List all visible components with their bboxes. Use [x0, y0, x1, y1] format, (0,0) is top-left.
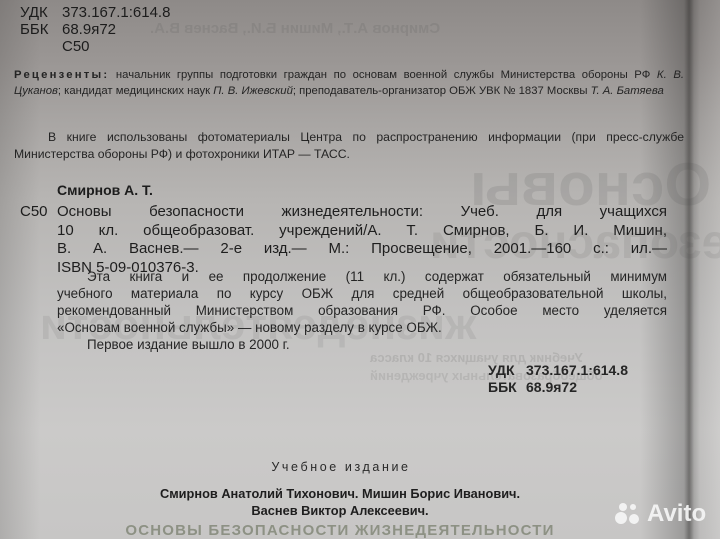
- authors-full-names: Смирнов Анатолий Тихонович. Мишин Борис …: [0, 485, 720, 519]
- udk-value-bottom: 373.167.1:614.8: [526, 362, 628, 378]
- udk-label: УДК: [20, 4, 62, 21]
- biblio-line-3: В. А. Васнев.— 2-е изд.— М.: Просвещение…: [57, 240, 667, 259]
- biblio-line-1: Основы безопасности жизнедеятельности: У…: [57, 203, 667, 222]
- reviewers-text-1: начальник группы подготовки граждан по о…: [109, 69, 657, 81]
- classification-codes-bottom: УДК373.167.1:614.8 ББК68.9я72: [488, 362, 628, 396]
- first-edition-note: Первое издание вышло в 2000 г.: [57, 336, 667, 353]
- bibliographic-description: Основы безопасности жизнедеятельности: У…: [57, 203, 667, 277]
- authors-line-1: Смирнов Анатолий Тихонович. Мишин Борис …: [0, 485, 680, 502]
- author-mark-left: С50: [20, 203, 48, 220]
- author-heading: Смирнов А. Т.: [57, 182, 153, 198]
- reviewers-text-2: ; кандидат медицинских наук: [58, 85, 213, 97]
- book-series-title: ОСНОВЫ БЕЗОПАСНОСТИ ЖИЗНЕДЕЯТЕЛЬНОСТИ: [0, 522, 720, 539]
- annotation-line-2: учебного материала по курсу ОБЖ для сред…: [57, 285, 667, 302]
- biblio-line-2: 10 кл. общеобразоват. учреждений/А. Т. С…: [57, 222, 667, 241]
- bbk-row: ББК68.9я72: [20, 21, 170, 38]
- bbk-label-bottom: ББК: [488, 379, 526, 396]
- bbk-row-bottom: ББК68.9я72: [488, 379, 628, 396]
- photo-credits-note: В книге использованы фотоматериалы Центр…: [14, 129, 684, 162]
- annotation-line-3: рекомендованный Министерством образовани…: [57, 302, 667, 319]
- reviewers-paragraph: Рецензенты: начальник группы подготовки …: [14, 68, 684, 99]
- udk-row-bottom: УДК373.167.1:614.8: [488, 362, 628, 379]
- udk-row: УДК373.167.1:614.8: [20, 4, 170, 21]
- udk-value: 373.167.1:614.8: [62, 4, 170, 21]
- annotation-paragraph: Эта книга и ее продолжение (11 кл.) соде…: [57, 268, 667, 353]
- edition-type: Учебное издание: [0, 460, 720, 474]
- book-gutter: [684, 0, 694, 539]
- reviewer-name-2: П. В. Ижевский: [213, 85, 293, 97]
- author-mark: С50: [20, 38, 170, 55]
- reviewer-name-3: Т. А. Батяева: [591, 85, 664, 97]
- reviewers-label: Рецензенты:: [14, 69, 109, 81]
- bbk-value-bottom: 68.9я72: [526, 379, 577, 395]
- show-through-authors: Смирнов А.Т., Мишин Б.И., Васнев В.А.: [150, 20, 440, 37]
- reviewers-text-3: ; преподаватель-организатор ОБЖ УВК № 18…: [293, 85, 591, 97]
- annotation-line-4: «Основам военной службы» — новому раздел…: [57, 319, 667, 336]
- avito-brand-text: Avito: [647, 500, 706, 528]
- udk-label-bottom: УДК: [488, 362, 526, 379]
- avito-watermark: Avito: [614, 500, 706, 528]
- avito-dots-logo-icon: [614, 501, 644, 527]
- classification-codes-top: УДК373.167.1:614.8 ББК68.9я72 С50: [20, 4, 170, 55]
- annotation-line-1: Эта книга и ее продолжение (11 кл.) соде…: [57, 268, 667, 285]
- bbk-value: 68.9я72: [62, 21, 116, 38]
- authors-line-2: Васнев Виктор Алексеевич.: [0, 502, 680, 519]
- bbk-label: ББК: [20, 21, 62, 38]
